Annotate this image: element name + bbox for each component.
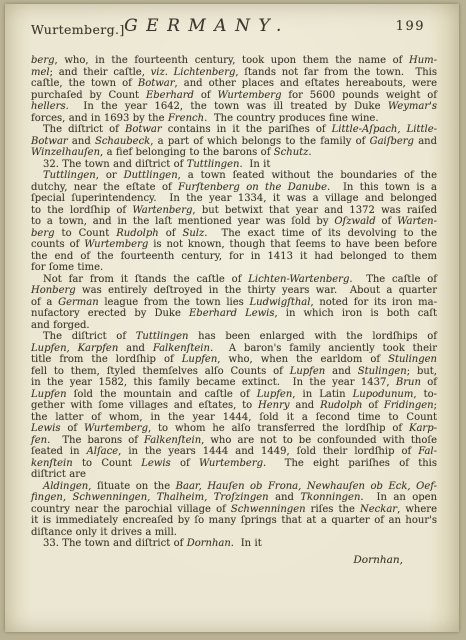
text-line: forces, and in 1693 by the French. The c… [31, 113, 437, 125]
running-title-center: GERMANY. [45, 16, 369, 36]
text-line: Winzelhauſen, a fief belonging to the ba… [31, 147, 437, 159]
text-line: in the year 1582, this family became ext… [31, 377, 437, 389]
text-line: hellers. In the year 1642, the town was … [31, 101, 437, 113]
text-line: title from the lordſhip of Lupfen, who, … [31, 354, 437, 366]
text-line: country near the parochial village of Sc… [31, 504, 437, 516]
text-line: 32. The town and diſtrict of Tuttlingen.… [31, 159, 437, 171]
text-line: berg to Count Rudolph of Sulz. The exact… [31, 228, 437, 240]
text-line: Lupfen, Karpfen and Falkenſtein. A baron… [31, 343, 437, 355]
text-line: fell to them, ſtyled themſelves alſo Cou… [31, 366, 437, 378]
text-line: fingen, Schwenningen, Thalheim, Troſzing… [31, 492, 437, 504]
text-line: the latter of whom, in the year 1444, ſo… [31, 412, 437, 424]
page-number: 199 [396, 19, 425, 34]
text-line: fen. The barons of Falkenſtein, who are … [31, 435, 437, 447]
text-line: Not far from it ſtands the caſtle of Lic… [31, 274, 437, 286]
catchword: Dornhan, [5, 554, 459, 566]
text-line: of a German league from the town lies Lu… [31, 297, 437, 309]
text-line: The diſtrict of Tuttlingen has been enla… [31, 331, 437, 343]
text-line: Lupfen ſold the mountain and caſtle of L… [31, 389, 437, 401]
text-line: diſtance only it drives a mill. [31, 527, 437, 539]
text-line: kenſtein to Count Lewis of Wurtemberg. T… [31, 458, 437, 470]
text-line: nufactory erected by Duke Eberhard Lewis… [31, 308, 437, 320]
body-text: berg, who, in the fourteenth century, to… [5, 41, 459, 550]
text-line: dutchy, near the eſtate of Furſtenberg o… [31, 182, 437, 194]
text-line: mel; and their caſtle, viz. Lichtenberg,… [31, 67, 437, 79]
text-line: Honberg was entirely deſtroyed in the th… [31, 285, 437, 297]
text-line: 33. The town and diſtrict of Dornhan. In… [31, 538, 437, 550]
text-line: and forged. [31, 320, 437, 332]
text-line: to the lordſhip of Wartenberg, but betwi… [31, 205, 437, 217]
text-line: gether with ſome villages and eſtates, t… [31, 400, 437, 412]
scanned-book-page: Wurtemberg.] GERMANY. 199 berg, who, in … [0, 0, 466, 640]
text-line: ſeated in Alſace, in the years 1444 and … [31, 446, 437, 458]
text-line: caſtle, the town of Botwar, and other pl… [31, 78, 437, 90]
text-line: berg, who, in the fourteenth century, to… [31, 55, 437, 67]
text-line: Botwar and Schaubeck, a part of which be… [31, 136, 437, 148]
text-line: Lewis of Wurtemberg, to whom he alſo tra… [31, 423, 437, 435]
text-line: Tuttlingen, or Duttlingen, a town ſeated… [31, 170, 437, 182]
text-line: it is immediately encreaſed by ſo many ſ… [31, 515, 437, 527]
text-line: for ſome time. [31, 262, 437, 274]
text-line: Aldingen, ſituate on the Baar, Hauſen ob… [31, 481, 437, 493]
text-line: diſtrict are [31, 469, 437, 481]
text-line: to a town, and in the laſt mentioned yea… [31, 216, 437, 228]
text-line: the end of the fourteenth century, for i… [31, 251, 437, 263]
text-line: purchaſed by Count Eberhard of Wurtember… [31, 90, 437, 102]
text-line: The diſtrict of Botwar contains in it th… [31, 124, 437, 136]
book-page: Wurtemberg.] GERMANY. 199 berg, who, in … [5, 4, 459, 632]
text-line: counts of Wurtemberg is not known, thoug… [31, 239, 437, 251]
page-header: Wurtemberg.] GERMANY. 199 [5, 4, 459, 41]
text-line: ſpecial ſuperintendency. In the year 133… [31, 193, 437, 205]
